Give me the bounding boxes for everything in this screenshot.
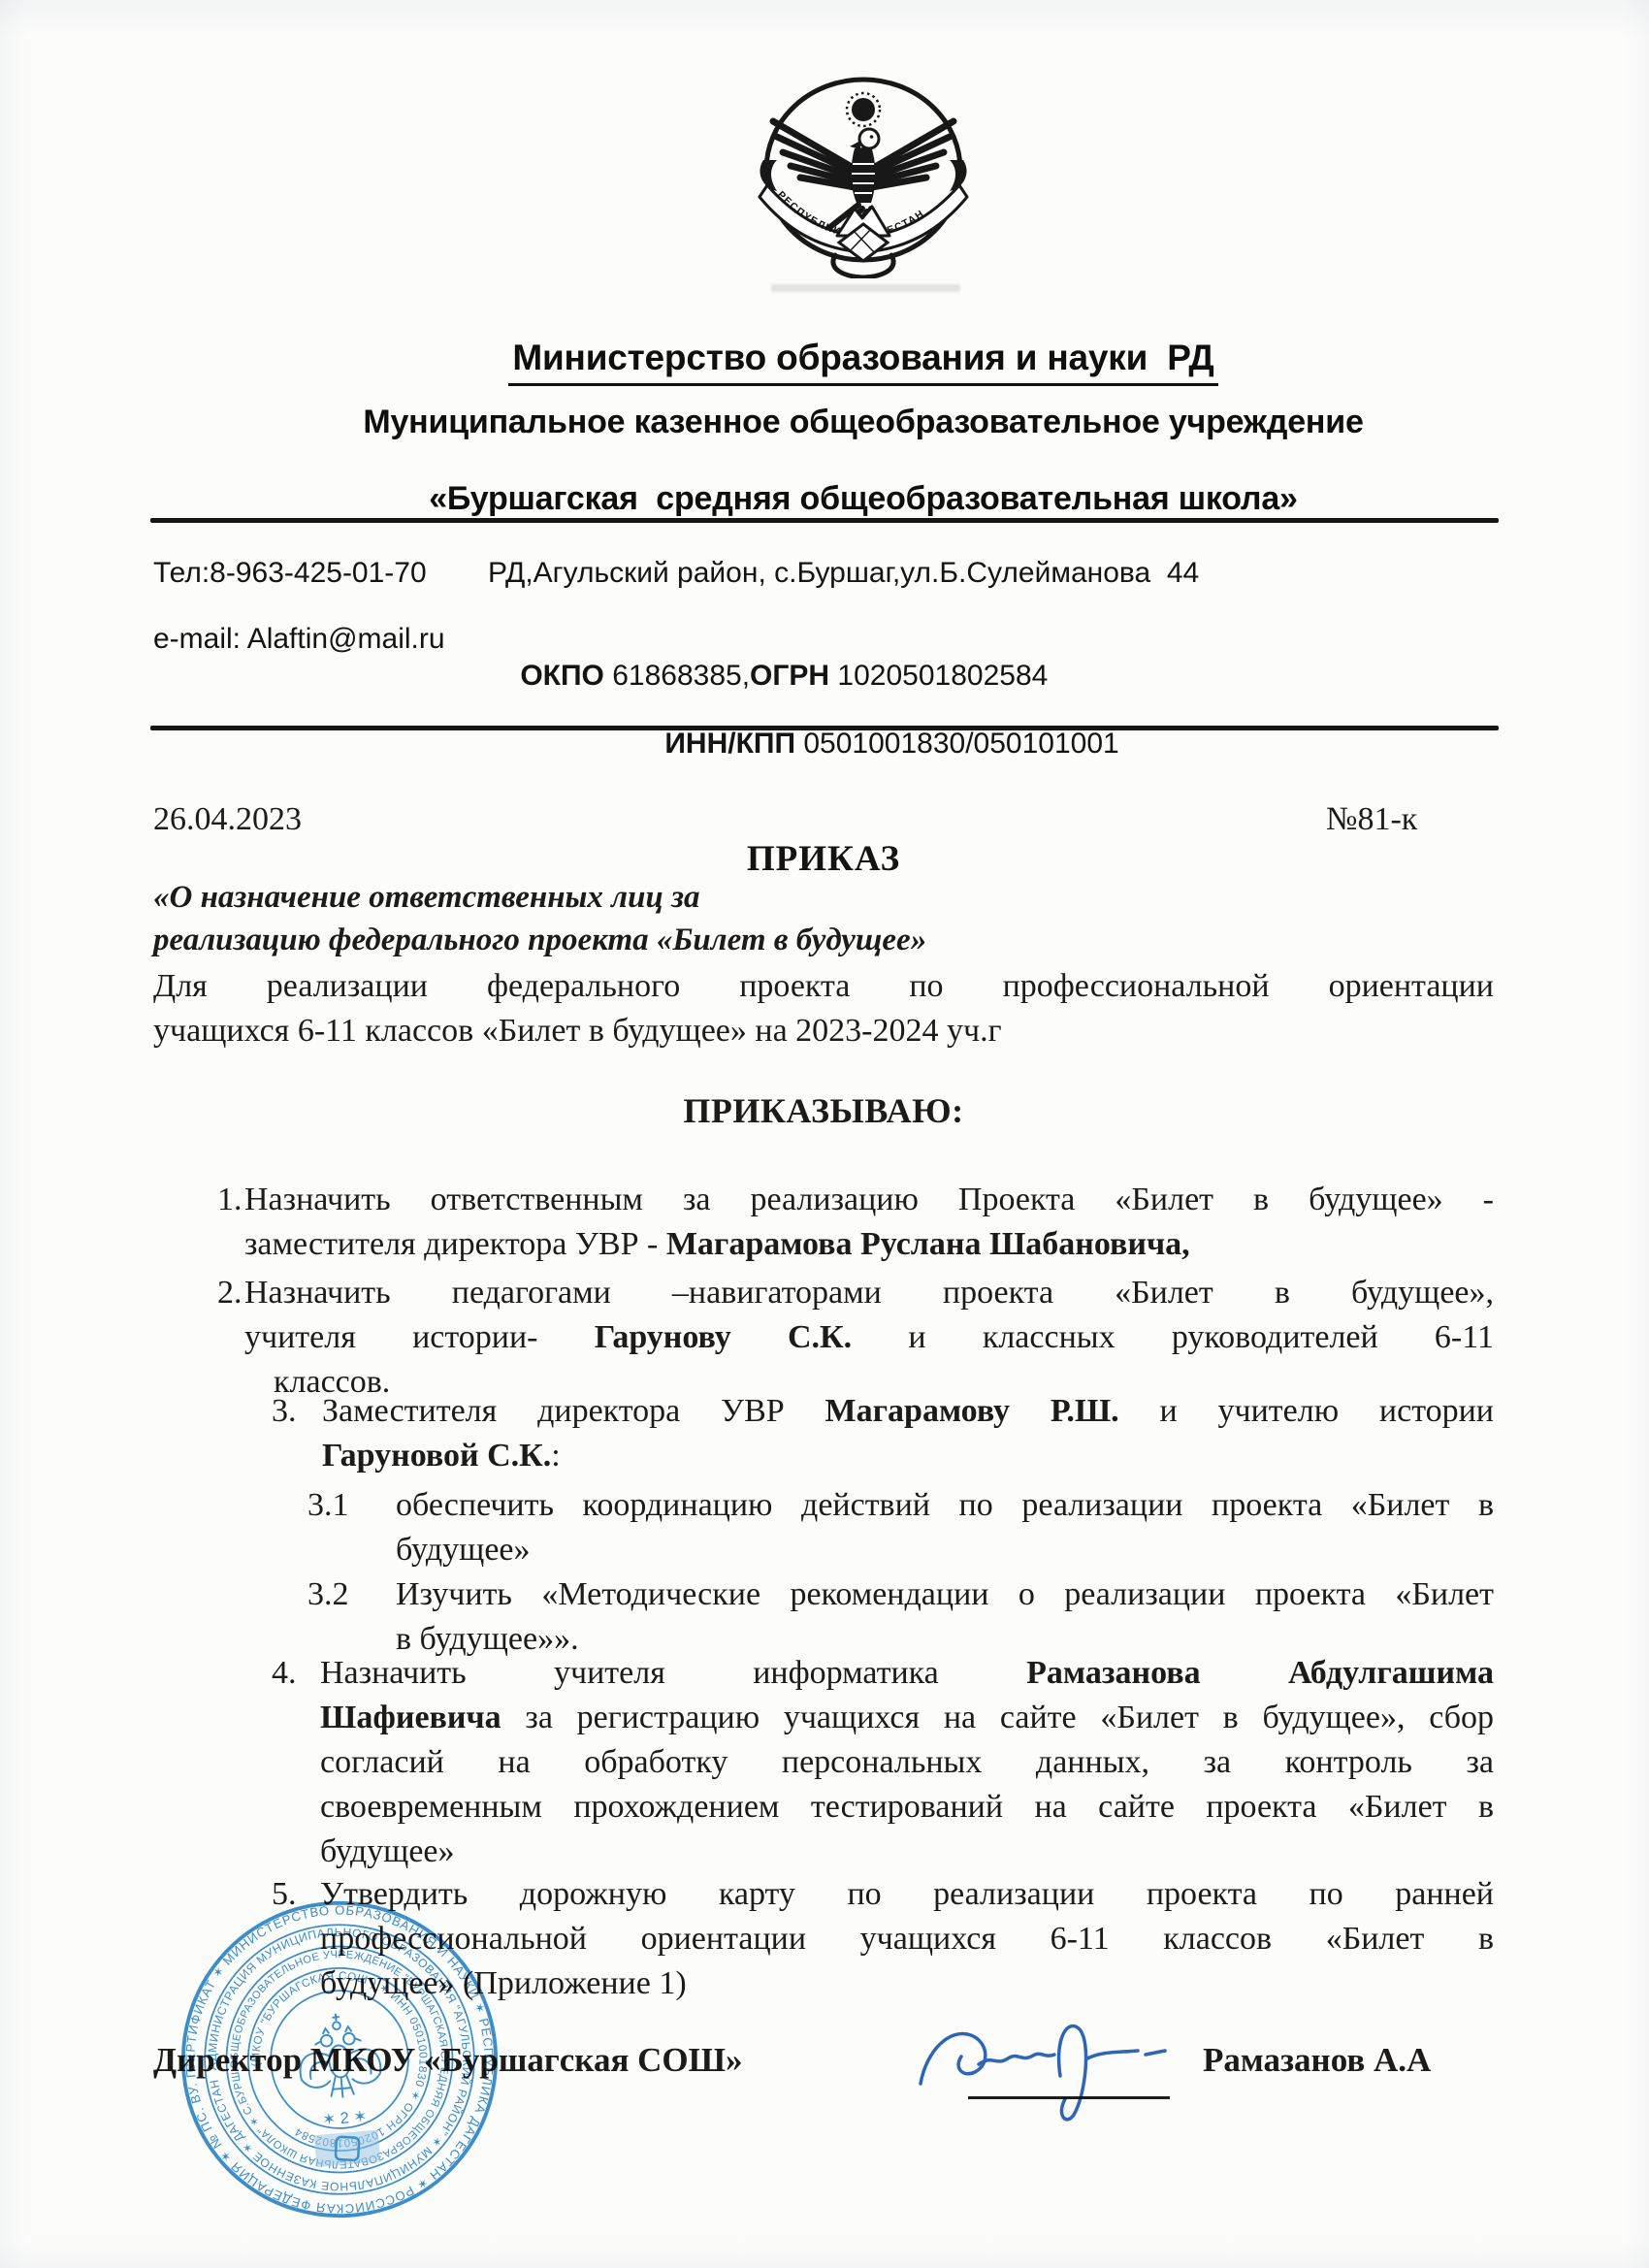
stamp-center-number: ✶ 2 ✶ (322, 2108, 368, 2129)
official-stamp: СЕРТИФИКАТ ✶ МИНИСТЕРСТВО ОБРАЗОВАНИЯ И … (166, 1886, 513, 2233)
text-line: Назначить ответственным за реализацию Пр… (244, 1178, 1494, 1222)
order-subject: «О назначение ответственных лиц за реали… (153, 876, 1220, 961)
subitem-3-1-text: обеспечить координацию действий по реали… (396, 1483, 1494, 1572)
director-signature (907, 1991, 1179, 2136)
subitem-number: 3.1 (307, 1483, 349, 1528)
ministry-title: Министерство образования и науки РД (193, 338, 1534, 386)
text-line: будущее» (396, 1528, 1494, 1572)
divider-bottom (150, 726, 1499, 730)
item-number: 2. (217, 1271, 242, 1315)
item-1-text: Назначить ответственным за реализацию Пр… (244, 1178, 1494, 1267)
dagestan-coat-of-arms-icon: РЕСПУБЛИКА ДАГЕСТАН (754, 71, 973, 278)
director-name: Рамазанов А.А (1203, 2041, 1431, 2080)
order-title: ПРИКАЗ (153, 838, 1494, 880)
item-3-text: Заместителя директора УВР Магарамову Р.Ш… (322, 1389, 1494, 1478)
sun-icon (852, 98, 875, 121)
organization-title: Муниципальное казенное общеобразовательн… (193, 404, 1534, 441)
order-date: 26.04.2023 (153, 797, 302, 842)
text-line: Назначить педагогами –навигаторами проек… (244, 1271, 1494, 1315)
text-line: Утвердить дорожную карту по реализации п… (320, 1872, 1494, 1917)
double-eagle-icon (296, 2011, 383, 2100)
divider-top (150, 518, 1499, 523)
item-4-text: Назначить учителя информатика Рамазанова… (320, 1651, 1494, 1874)
phone-text: Тел:8-963-425-01-70 (153, 555, 427, 592)
item-5-text: Утвердить дорожную карту по реализации п… (320, 1872, 1494, 2006)
subitem-number: 3.2 (307, 1572, 349, 1617)
text-line: учащихся 6-11 классов «Билет в будущее» … (153, 1009, 1494, 1053)
eagle-beak (850, 141, 860, 149)
stamp-bottom-patch (314, 2130, 381, 2168)
text-line: Гаруновой С.К.: (322, 1434, 1494, 1478)
inn-kpp-text: ИНН/КПП 0501001830/050101001 (632, 689, 1119, 799)
email-text: e-mail: Alaftin@mail.ru (153, 621, 445, 658)
intro-paragraph: Для реализации федерального проекта по п… (153, 964, 1494, 1053)
item-number: 3. (272, 1389, 297, 1434)
item-number: 4. (272, 1651, 297, 1696)
address-text: РД,Агульский район, с.Буршаг,ул.Б.Сулейм… (488, 555, 1199, 592)
document-page: РЕСПУБЛИКА ДАГЕСТАН Министерство образов… (0, 0, 1649, 2268)
school-title: «Буршагская средняя общеобразовательная … (193, 480, 1534, 518)
text-line: Для реализации федерального проекта по п… (153, 964, 1494, 1009)
text-line: заместителя директора УВР - Магарамова Р… (244, 1222, 1494, 1267)
text-line: Назначить учителя информатика Рамазанова… (320, 1651, 1494, 1696)
command-heading: ПРИКАЗЫВАЮ: (153, 1090, 1494, 1131)
item-number: 1. (217, 1178, 242, 1222)
text-line: Шафиевича за регистрацию учащихся на сай… (320, 1696, 1494, 1740)
text-line: согласий на обработку персональных данны… (320, 1740, 1494, 1785)
text-line: Заместителя директора УВР Магарамову Р.Ш… (322, 1389, 1494, 1434)
subitem-3-2-text: Изучить «Методические рекомендации о реа… (396, 1572, 1494, 1662)
text-line: будущее» (320, 1830, 1494, 1874)
order-number: №81-к (1326, 797, 1417, 842)
emblem-caption-illegible (771, 284, 960, 292)
text-line: обеспечить координацию действий по реали… (396, 1483, 1494, 1528)
text-line: учителя истории- Гарунову С.К. и классны… (244, 1315, 1494, 1360)
eagle-head (859, 129, 879, 148)
text-line: своевременным прохождением тестирований … (320, 1785, 1494, 1830)
item-2-text: Назначить педагогами –навигаторами проек… (244, 1271, 1494, 1405)
text-line: Изучить «Методические рекомендации о реа… (396, 1572, 1494, 1617)
text-line: профессиональной ориентации учащихся 6-1… (320, 1917, 1494, 1961)
